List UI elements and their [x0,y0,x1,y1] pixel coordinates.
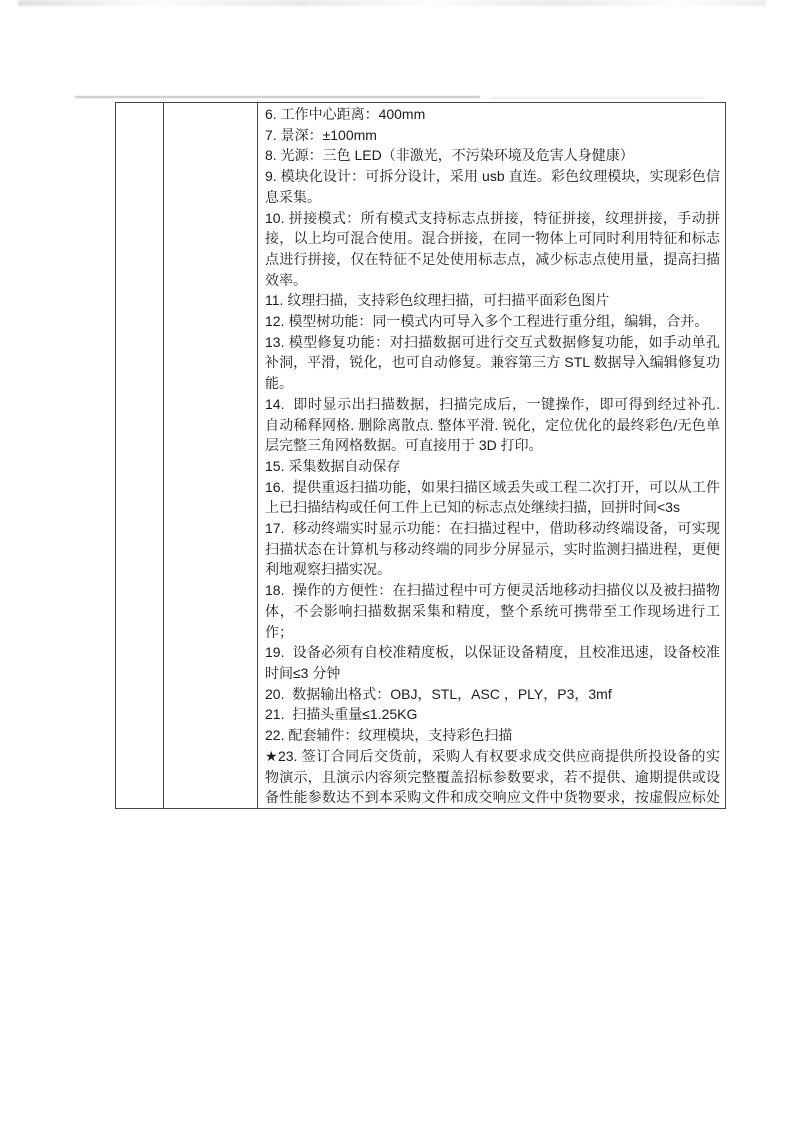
table-cell-specifications: 6. 工作中心距离：400mm7. 景深：±100mm8. 光源：三色 LED（… [258,103,725,808]
spec-item: 19. 设备必须有自校准精度板，以保证设备精度，且校准迅速，设备校准时间≤3 分… [265,642,720,683]
spec-item: 21. 扫描头重量≤1.25KG [265,704,720,725]
spec-item: 22. 配套辅件：纹理模块，支持彩色扫描 [265,725,720,746]
table-cell-empty-left [116,103,163,808]
scan-artifact [490,97,705,99]
spec-table: 6. 工作中心距离：400mm7. 景深：±100mm8. 光源：三色 LED（… [115,102,726,809]
spec-item: 10. 拼接模式：所有模式支持标志点拼接，特征拼接，纹理拼接，手动拼接，以上均可… [265,208,720,291]
spec-item: 17. 移动终端实时显示功能：在扫描过程中，借助移动终端设备，可实现扫描状态在计… [265,518,720,580]
spec-item: 8. 光源：三色 LED（非激光，不污染环境及危害人身健康） [265,145,720,166]
spec-item: 12. 模型树功能：同一模式内可导入多个工程进行重分组，编辑，合并。 [265,311,720,332]
table-cell-empty-middle [164,103,257,808]
spec-item: 11. 纹理扫描，支持彩色纹理扫描，可扫描平面彩色图片 [265,290,720,311]
spec-item: ★23. 签订合同后交货前，采购人有权要求成交供应商提供所投设备的实物演示，且演… [265,746,720,808]
document-page: 6. 工作中心距离：400mm7. 景深：±100mm8. 光源：三色 LED（… [0,0,793,1121]
spec-item: 20. 数据输出格式：OBJ，STL，ASC ，PLY，P3，3mf [265,684,720,705]
spec-item: 14. 即时显示出扫描数据，扫描完成后，一键操作，即可得到经过补孔. 自动稀释网… [265,394,720,456]
spec-item: 15. 采集数据自动保存 [265,456,720,477]
spec-list: 6. 工作中心距离：400mm7. 景深：±100mm8. 光源：三色 LED（… [265,104,720,808]
spec-item: 7. 景深：±100mm [265,125,720,146]
spec-item: 9. 模块化设计：可拆分设计，采用 usb 直连。彩色纹理模块，实现彩色信息采集… [265,166,720,207]
spec-item: 16. 提供重返扫描功能，如果扫描区域丢失或工程二次打开，可以从工件上已扫描结构… [265,477,720,518]
spec-item: 18. 操作的方便性：在扫描过程中可方便灵活地移动扫描仪以及被扫描物体，不会影响… [265,580,720,642]
scan-artifact [75,96,480,98]
spec-item: 13. 模型修复功能：对扫描数据可进行交互式数据修复功能，如手动单孔补洞，平滑，… [265,332,720,394]
scan-artifact [18,0,766,6]
spec-item: 6. 工作中心距离：400mm [265,104,720,125]
